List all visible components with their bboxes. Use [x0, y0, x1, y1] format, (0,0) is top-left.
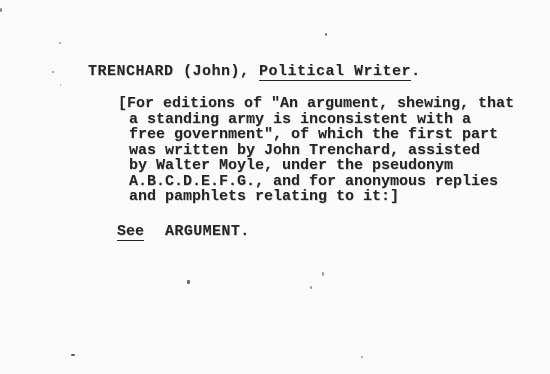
scope-note: [For editions of "An argument, shewing, … [118, 96, 514, 205]
scan-speck [59, 42, 61, 44]
scope-note-line: by Walter Moyle, under the pseudonym [118, 158, 514, 174]
entry-heading-period: . [411, 63, 421, 80]
scan-speck [310, 286, 312, 289]
see-label: See [117, 224, 144, 241]
scan-speck [60, 84, 61, 86]
entry-heading-name: TRENCHARD (John), [88, 63, 259, 80]
scope-note-line: and pamphlets relating to it:] [118, 189, 514, 205]
entry-heading: TRENCHARD (John), Political Writer. [88, 64, 421, 81]
scan-speck [322, 272, 324, 276]
scope-note-line: a standing army is inconsistent with a [118, 112, 514, 128]
scope-note-line: free government", of which the first par… [118, 127, 514, 143]
scan-speck [361, 356, 363, 358]
see-reference: SeeARGUMENT. [117, 224, 250, 241]
scan-speck [52, 71, 54, 73]
scan-speck [187, 280, 190, 284]
see-target: ARGUMENT. [165, 224, 250, 240]
scan-speck [0, 8, 2, 12]
scan-speck [325, 33, 327, 36]
scan-speck [71, 354, 75, 356]
scope-note-line: A.B.C.D.E.F.G., and for anonymous replie… [118, 174, 514, 190]
scope-note-line: was written by John Trenchard, assisted [118, 143, 514, 159]
scope-note-line: [For editions of "An argument, shewing, … [118, 96, 514, 112]
catalog-card-page: TRENCHARD (John), Political Writer. [For… [0, 0, 550, 374]
entry-heading-role-underlined: Political Writer [259, 64, 411, 81]
